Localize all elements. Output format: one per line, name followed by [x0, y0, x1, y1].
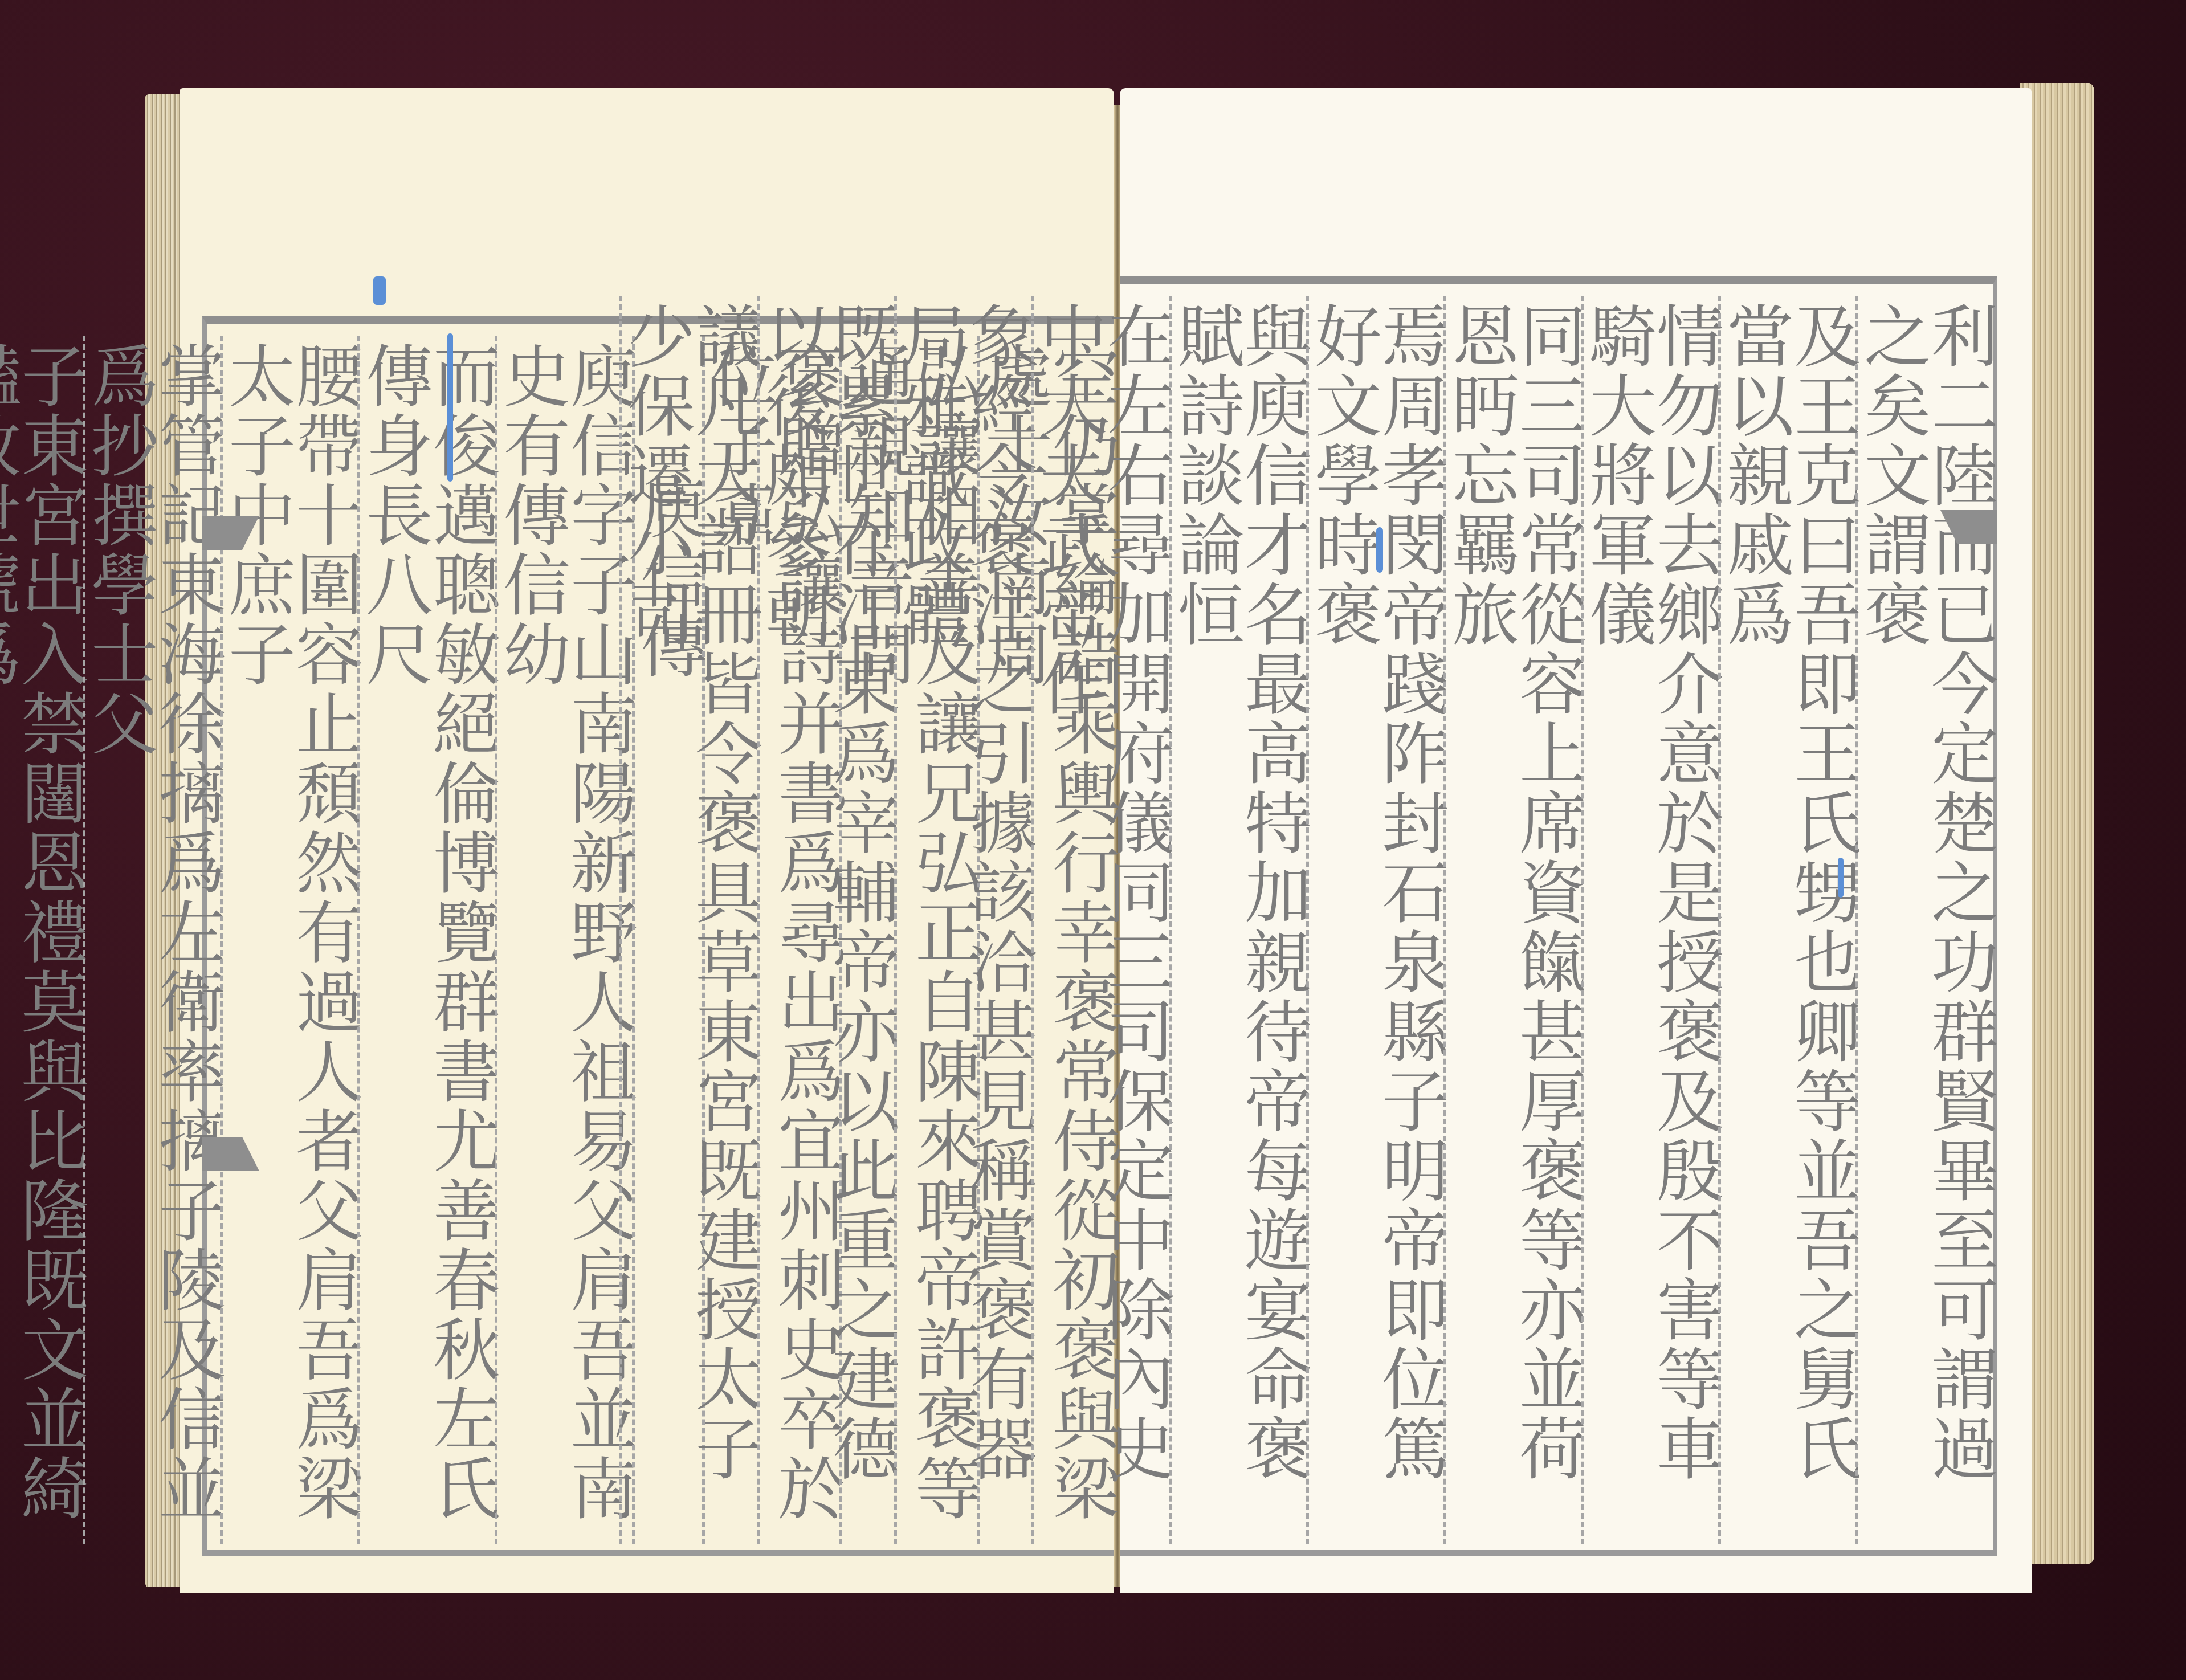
text-column: 既累世在江東爲宰輔帝亦以此重之建德以後頗參朝: [757, 296, 894, 1544]
text-column: 與庾信才名最高特加親待帝每遊宴命褒賦詩談論恒: [1169, 296, 1306, 1544]
text-column: 焉周孝閔帝踐阼封石泉縣子明帝即位篤好文學時褒: [1306, 296, 1443, 1544]
right-page-frame: 利二陸而已今定楚之功群賢畢至可謂過之矣文謂褒 及王克曰吾即王氏甥也卿等並吾之舅氏…: [1120, 276, 1997, 1556]
blue-annotation-mark: [1838, 858, 1844, 898]
text-column: 而俊邁聰敏絕倫博覽群書尤善春秋左氏傳身長八尺: [357, 336, 495, 1544]
blue-annotation-mark: [1376, 527, 1383, 573]
text-column: 及王克曰吾即王氏甥也卿等並吾之舅氏當以親戚爲: [1718, 296, 1855, 1544]
right-page: 利二陸而已今定楚之功群賢畢至可謂過之矣文謂褒 及王克曰吾即王氏甥也卿等並吾之舅氏…: [1120, 88, 2032, 1593]
text-column: 同三司常從容上席資餼甚厚褒等亦並荷恩眄忘羈旅: [1443, 296, 1581, 1544]
right-page-columns: 利二陸而已今定楚之功群賢畢至可謂過之矣文謂褒 及王克曰吾即王氏甥也卿等並吾之舅氏…: [1120, 296, 1993, 1544]
blue-annotation-mark: [447, 333, 453, 482]
text-column: 利二陸而已今定楚之功群賢畢至可謂過之矣文謂褒: [1855, 296, 1993, 1544]
text-column: 掌管記東海徐摛爲左衛率摛子陵及信並爲抄撰學士父: [83, 336, 220, 1544]
text-column: 議凡大詔冊皆令褒具草東宮既建授太子少保遷小司: [619, 296, 757, 1544]
text-column: 情勿以去鄉介意於是授褒及殷不害等車騎大將軍儀: [1581, 296, 1718, 1544]
text-column: 庾信字子山南陽新野人祖易父肩吾並南史有傳信幼: [495, 336, 632, 1544]
blue-annotation-mark: [373, 276, 386, 305]
text-column: 子東宮出入禁闥恩禮莫與比隆既文並綺豔故世號爲: [0, 336, 83, 1544]
text-column: 在左右尋加開府儀同三司保定中除內史中大夫武帝作: [1031, 296, 1169, 1544]
text-column: 象經令褒注之引據該洽甚見稱賞褒有器局雅識政體: [894, 296, 1031, 1544]
open-book: 空仍掌綸誥乘輿行幸褒常侍從初褒與梁處士汝南周 弘讓相善及讓兄弘正自陳來聘帝許褒等…: [145, 83, 2094, 1599]
